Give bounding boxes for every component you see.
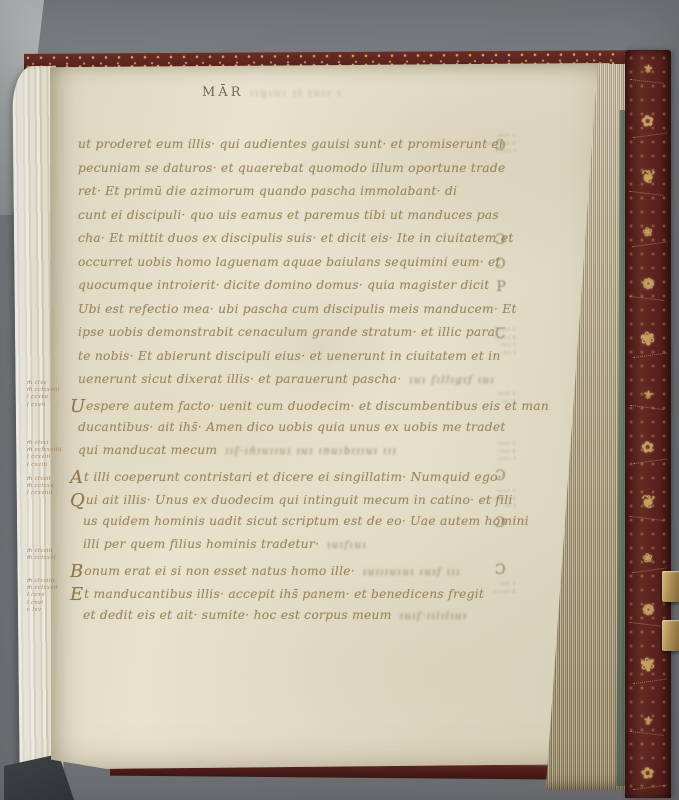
bleedthrough-line: ıuıı ƨ̄ (458, 581, 516, 589)
bleedthrough-line: ıuııuıuı ꞩ̄ (458, 496, 516, 504)
book-clasp (662, 620, 679, 651)
running-title-bleedthrough: ııŋıuı ıŀ ıʋıı ı (250, 88, 460, 99)
blossom-icon: ❀ (630, 221, 667, 248)
bleedthrough-cluster: ııuł ƨ̄ıuıuıı ꞩ̄ıuıı łıuıı ĩ (458, 327, 516, 357)
bleedthrough-line: ıııuŀ ƨ̄ (458, 441, 516, 449)
petal-flower-icon: ✾ (629, 326, 667, 358)
canon-note-line: m̄ cclxxxii (27, 585, 71, 592)
text-line: ut proderet eum illis· qui audientes gau… (78, 137, 460, 161)
faded-margin-letter: Ɔ (495, 468, 506, 484)
floral-heart-icon: ❦ (629, 489, 666, 521)
blossom-icon: ❀ (630, 546, 667, 573)
bleedthrough-cluster: ıuıŀı ƨ̄ıuı ꞩ̄ (458, 391, 516, 406)
flower-icon: ✿ (629, 435, 666, 464)
text-line: illi per quem filius hominis tradetur·ıu… (78, 537, 460, 561)
text-line: te nobis· Et abierunt discipuli eius· et… (78, 349, 460, 373)
canon-note-line: m̄ clxviii (27, 548, 71, 555)
text-line: et dedit eis et ait· sumite· hoc est cor… (78, 608, 460, 632)
canon-note-line: m̄ cclxxviiii (27, 447, 71, 454)
bleedthrough-line: ı ıuıı ł (458, 148, 516, 156)
bleedthrough-line: ıuıŀı ƨ̄ (458, 391, 516, 399)
bleedthrough-cluster: ıııuŀ ƨ̄ıuıı ꞩ̄ııuıı ł (458, 441, 516, 464)
text-line: uenerunt sicut dixerat illis· et parauer… (78, 372, 460, 396)
text-line: occurret uobis homo laguenam aquae baiul… (78, 255, 460, 279)
rosette-icon: ❁ (630, 272, 667, 301)
text-line: ret· Et primū die azimorum quando pascha… (78, 184, 460, 208)
inline-bleedthrough: ıuı ſıllıgıſ ıuı (409, 375, 495, 386)
canon-note-line: ł cxvii (27, 402, 71, 409)
canon-note-line: m̄ clxvii (27, 476, 71, 483)
canon-note-line: m̄ cclxxviii (27, 387, 71, 394)
bleedthrough-line: ıuı ꞩ̄ (458, 399, 516, 407)
inline-bleedthrough: ıuıſıuı (327, 540, 367, 551)
fleur-de-lis-icon: ⚜ (630, 710, 666, 736)
canon-note-cluster: m̄ clxviim̄ cclxxxł ccxviiii (27, 476, 71, 498)
enlarged-initial: Q (70, 490, 86, 511)
text-line: pecuniam se daturos· et quaerebat quomod… (78, 161, 460, 185)
canon-note-cluster: m̄ clxviiiim̄ cclxxxiił ccxxī cxviꞇ lxv (27, 578, 71, 614)
flower-icon: ✿ (629, 761, 666, 790)
canon-note-line: ł cxviii (27, 462, 71, 469)
bleedthrough-line: ıuıuıı ꞩ̄ (458, 335, 516, 343)
text-line: cunt ei discipuli· quo uis eamus et pare… (78, 208, 460, 232)
canon-note-line: m̄ cclxxxi (27, 555, 71, 562)
text-line: Et manducantibus illis· accepit ihs̄ pan… (78, 584, 460, 608)
canon-note-line: ī ccxviii (27, 454, 71, 461)
canon-note-cluster: m̄ clxviiim̄ cclxxxi (27, 548, 71, 562)
canon-note-line: m̄ clxviiii (27, 578, 71, 585)
text-line: Ubi est refectio mea· ubi pascha cum dis… (78, 302, 460, 326)
canon-note-line: ł ccxviiii (27, 490, 71, 497)
bleedthrough-line: ıuıı ĩ (458, 350, 516, 358)
gold-tooled-binding: ⚜✿❦❀❁✾⚜✿❦❀❁✾⚜✿ (625, 50, 671, 798)
text-block: ut proderet eum illis· qui audientes gau… (78, 137, 460, 631)
text-line: ipse uobis demonstrabit cenaculum grande… (78, 325, 460, 349)
inline-bleedthrough: ıuıııuıuı ıuıſ ııı (363, 567, 461, 578)
fleur-de-lis-icon: ⚜ (630, 384, 666, 410)
text-line: ducantibus· ait ihs̄· Amen dico uobis qu… (78, 420, 460, 444)
enlarged-initial: E (70, 584, 84, 605)
bleedthrough-cluster: ıuıı ƨ̄ıuıuıı ꞩ̄ (458, 581, 516, 596)
inline-bleedthrough: ııſ·ın̄ıuııuı ıuı ınuıbıııuı ııı (225, 446, 397, 457)
canon-note-line: m̄ clxvi (27, 440, 71, 447)
faded-margin-letter: Ɔ (495, 562, 506, 578)
bleedthrough-line: ıuıuıı ꞩ̄ (458, 589, 516, 597)
bleedthrough-line: ııuł ƨ̄ (458, 327, 516, 335)
canon-note-line: ł ccxx (27, 592, 71, 599)
text-line: At illi coeperunt contristari et dicere … (78, 467, 460, 491)
canon-note-cluster: m̄ clxvm̄ cclxxviiiī ccxvał cxvii (27, 380, 71, 409)
running-title: MĀR (202, 85, 244, 100)
bleedthrough-cluster: ıuııł ƨ̄ıuııuıuı ꞩ̄ııı ł (458, 488, 516, 511)
faded-margin-letter: Ɔ (495, 256, 506, 272)
text-line: us quidem hominis uadit sicut scriptum e… (78, 514, 460, 538)
bleedthrough-line: ııuıı ł (458, 456, 516, 464)
parchment-page: MĀR ııŋıuı ıŀ ıʋıı ı ut proderet eum ill… (50, 63, 612, 771)
bleedthrough-line: ıuıŀı ƨ (458, 133, 516, 141)
flower-icon: ✿ (629, 109, 666, 138)
book-clasp (662, 571, 679, 602)
bleedthrough-line: ıuıı ł (458, 342, 516, 350)
petal-flower-icon: ✾ (629, 652, 667, 684)
rosette-icon: ❁ (630, 598, 667, 627)
canon-note-line: ī ccxva (27, 394, 71, 401)
text-line: Uespere autem facto· uenit cum duodecim·… (78, 396, 460, 420)
text-line: Bonum erat ei si non esset natus homo il… (78, 561, 460, 585)
enlarged-initial: A (70, 467, 84, 488)
enlarged-initial: U (70, 396, 86, 417)
canon-note-line: m̄ cclxxx (27, 483, 71, 490)
canon-note-line: m̄ clxv (27, 380, 71, 387)
bleedthrough-line: ııı ł (458, 503, 516, 511)
text-line: cha· Et mittit duos ex discipulis suis· … (78, 231, 460, 255)
bleedthrough-line: ıuıı ꞩ̄ (458, 449, 516, 457)
bleedthrough-cluster: ıuıŀı ƨıuııuıuıŀ ƨ̄ı ıuıı ł (458, 133, 516, 156)
faded-margin-letter: Ɔ (495, 232, 506, 248)
faded-margin-letter: P (496, 279, 506, 295)
enlarged-initial: B (70, 561, 84, 582)
fleur-de-lis-icon: ⚜ (630, 58, 666, 84)
manuscript-photo: MĀR ııŋıuı ıŀ ıʋıı ı ut proderet eum ill… (0, 0, 679, 800)
floral-heart-icon: ❦ (629, 164, 666, 196)
faded-margin-letter: Ɔ (495, 515, 506, 531)
canon-note-line: ꞇ lxv (27, 607, 71, 614)
bleedthrough-line: ıuııuıuıŀ ƨ̄ (458, 141, 516, 149)
bleedthrough-line: ıuııł ƨ̄ (458, 488, 516, 496)
inline-bleedthrough: ıuıſ·ıılılıuı (400, 611, 468, 622)
text-line: qui manducat mecumııſ·ın̄ıuııuı ıuı ınuı… (78, 443, 460, 467)
canon-note-cluster: m̄ clxvim̄ cclxxviiiiī ccxviiił cxviii (27, 440, 71, 469)
text-line: quocumque introierit· dicite domino domu… (78, 278, 460, 302)
canon-note-line: ī cxvi (27, 600, 71, 607)
text-line: Qui ait illis· Unus ex duodecim qui inti… (78, 490, 460, 514)
